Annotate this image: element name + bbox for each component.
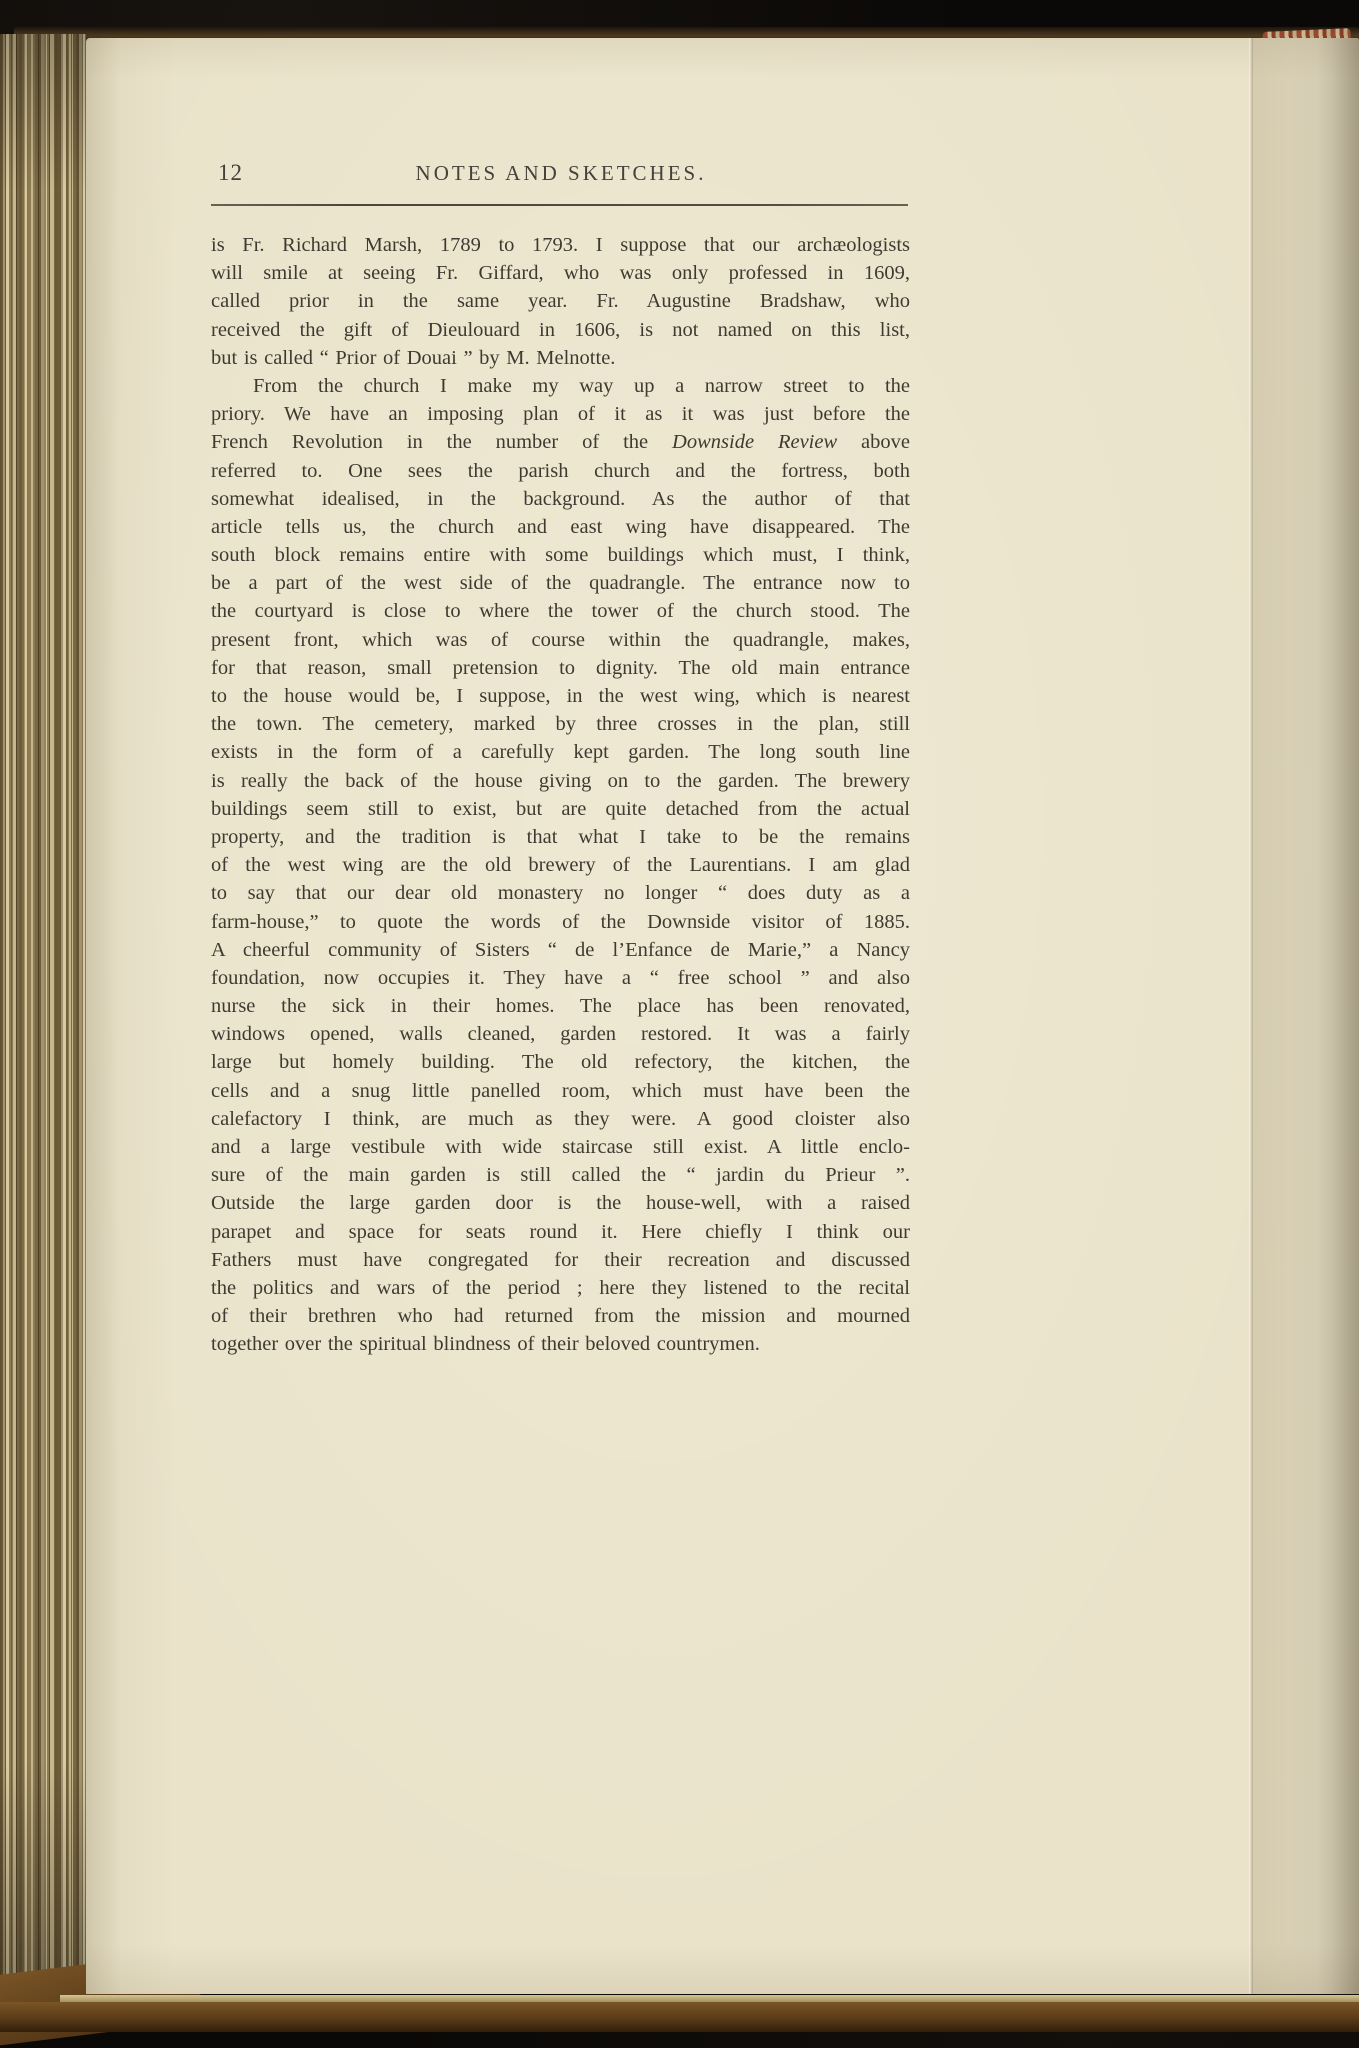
scanned-book-photo: 12 NOTES AND SKETCHES. is Fr. Richard Ma…	[0, 0, 1359, 2048]
text-line: nurse the sick in their homes. The place…	[211, 992, 910, 1020]
text-line: the courtyard is close to where the towe…	[211, 597, 910, 625]
text-line: foundation, now occupies it. They have a…	[211, 964, 910, 992]
text-line: and a large vestibule with wide staircas…	[211, 1133, 910, 1161]
page-stack-shadow	[0, 34, 86, 1998]
text-line: is Fr. Richard Marsh, 1789 to 1793. I su…	[211, 231, 910, 259]
text-line: be a part of the west side of the quadra…	[211, 569, 910, 597]
text-line: exists in the form of a carefully kept g…	[211, 738, 910, 766]
text-line: calefactory I think, are much as they we…	[211, 1105, 910, 1133]
text-line: Outside the large garden door is the hou…	[211, 1189, 910, 1217]
text-line: but is called “ Prior of Douai ” by M. M…	[211, 344, 910, 372]
text-line: priory. We have an imposing plan of it a…	[211, 400, 910, 428]
text-line: the town. The cemetery, marked by three …	[211, 710, 910, 738]
text-line: parapet and space for seats round it. He…	[211, 1218, 910, 1246]
text-line: present front, which was of course withi…	[211, 626, 910, 654]
text-line: windows opened, walls cleaned, garden re…	[211, 1020, 910, 1048]
header-rule	[211, 204, 908, 206]
text-line: somewhat idealised, in the background. A…	[211, 485, 910, 513]
text-line: for that reason, small pretension to dig…	[211, 654, 910, 682]
page-right-edge-shade	[1253, 38, 1359, 1994]
text-line: large but homely building. The old refec…	[211, 1048, 910, 1076]
body-text: is Fr. Richard Marsh, 1789 to 1793. I su…	[211, 231, 910, 1359]
text-line: is really the back of the house giving o…	[211, 767, 910, 795]
text-line: sure of the main garden is still called …	[211, 1161, 910, 1189]
text-line: the politics and wars of the period ; he…	[211, 1274, 910, 1302]
text-line: received the gift of Dieulouard in 1606,…	[211, 316, 910, 344]
text-line: cells and a snug little panelled room, w…	[211, 1077, 910, 1105]
text-line: farm-house,” to quote the words of the D…	[211, 908, 910, 936]
text-line: From the church I make my way up a narro…	[211, 372, 910, 400]
book-cover-bottom-edge	[0, 2002, 1359, 2032]
text-line: called prior in the same year. Fr. Augus…	[211, 287, 910, 315]
text-line: French Revolution in the number of the D…	[211, 428, 910, 456]
text-line: to say that our dear old monastery no lo…	[211, 879, 910, 907]
text-line: Fathers must have congregated for their …	[211, 1246, 910, 1274]
text-line: referred to. One sees the parish church …	[211, 457, 910, 485]
text-line: of their brethren who had returned from …	[211, 1302, 910, 1330]
text-line: property, and the tradition is that what…	[211, 823, 910, 851]
text-line: to the house would be, I suppose, in the…	[211, 682, 910, 710]
text-line: together over the spiritual blindness of…	[211, 1330, 910, 1358]
page-header: 12 NOTES AND SKETCHES.	[211, 158, 911, 192]
text-line: buildings seem still to exist, but are q…	[211, 795, 910, 823]
text-line: of the west wing are the old brewery of …	[211, 851, 910, 879]
text-line: A cheerful community of Sisters “ de l’E…	[211, 936, 910, 964]
text-line: article tells us, the church and east wi…	[211, 513, 910, 541]
running-title: NOTES AND SKETCHES.	[211, 161, 911, 186]
text-line: south block remains entire with some bui…	[211, 541, 910, 569]
text-line: will smile at seeing Fr. Giffard, who wa…	[211, 259, 910, 287]
